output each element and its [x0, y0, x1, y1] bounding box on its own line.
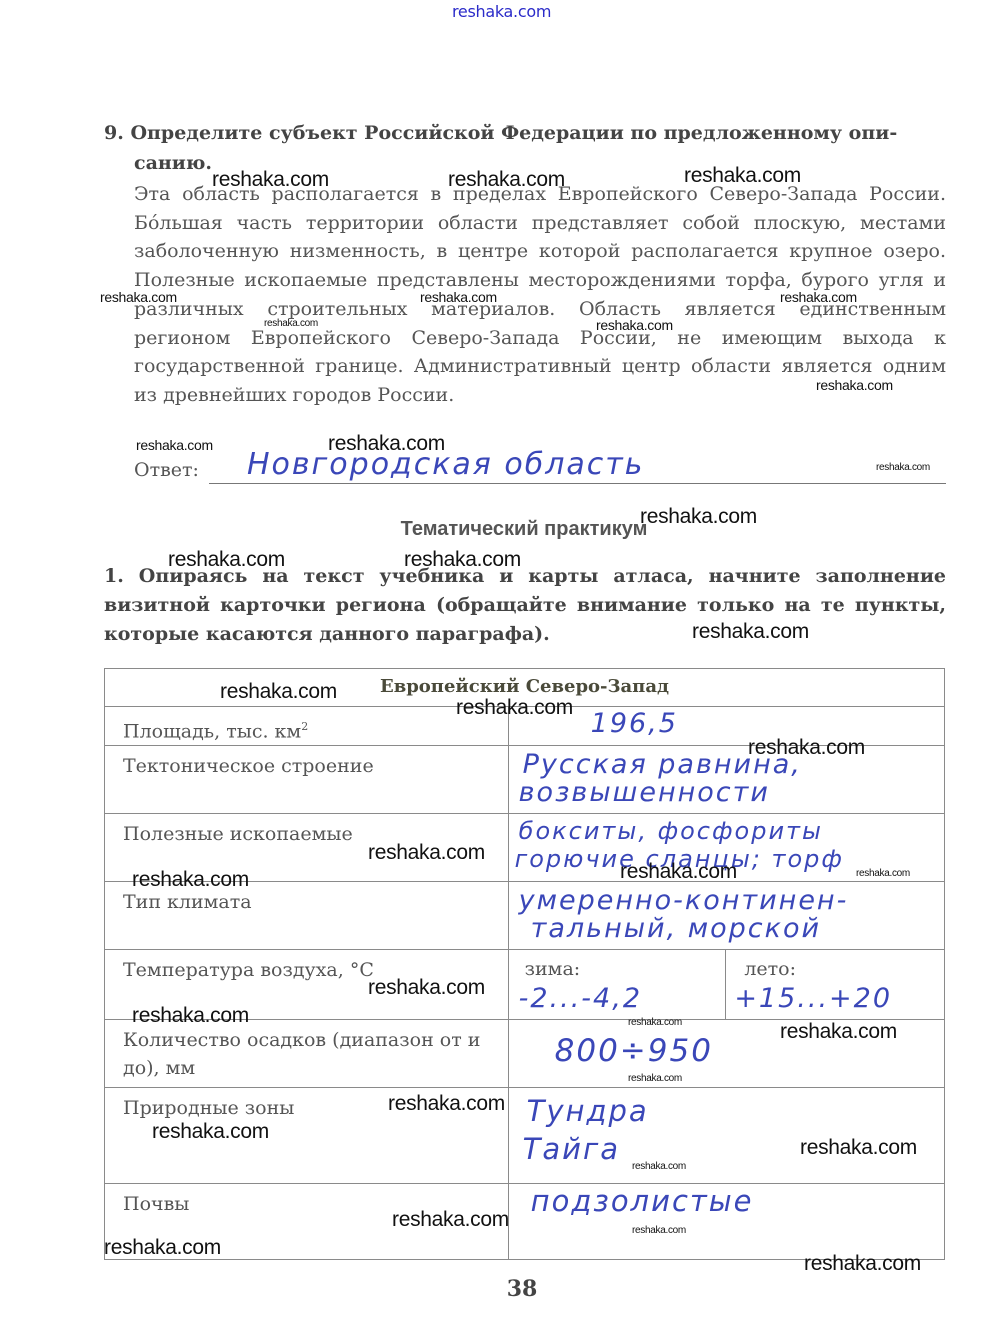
- handwritten-value: Тайга: [523, 1134, 620, 1164]
- watermark: reshaka.com: [328, 432, 445, 456]
- watermark: reshaka.com: [456, 696, 573, 720]
- question-1: 1. Опираясь на текст учебника и карты ат…: [104, 562, 946, 649]
- watermark: reshaka.com: [132, 868, 249, 892]
- watermark: reshaka.com: [684, 164, 801, 188]
- handwritten-value: +15...+20: [734, 984, 892, 1014]
- row-label-climate: Тип климата: [105, 882, 509, 950]
- handwritten-value: подзолистые: [531, 1186, 754, 1216]
- answer-label: Ответ:: [134, 456, 199, 484]
- watermark: reshaka.com: [392, 1208, 509, 1232]
- watermark: reshaka.com: [264, 318, 318, 329]
- watermark: reshaka.com: [856, 868, 910, 879]
- watermark: reshaka.com: [876, 462, 930, 473]
- row-value-summer[interactable]: лето: +15...+20: [726, 950, 945, 1020]
- row-label-precipitation: Количество осадков (диапазон от и до), м…: [105, 1020, 509, 1088]
- watermark-top: reshaka.com: [452, 2, 551, 21]
- watermark: reshaka.com: [388, 1092, 505, 1116]
- question-9: 9. Определите субъект Российской Федерац…: [104, 118, 946, 410]
- handwritten-value: возвышенности: [519, 778, 770, 808]
- watermark: reshaka.com: [780, 289, 857, 305]
- row-value-climate[interactable]: умеренно-континен- тальный, морской: [508, 882, 944, 950]
- watermark: reshaka.com: [596, 317, 673, 333]
- watermark: reshaka.com: [640, 505, 757, 529]
- row-label-tectonics: Тектоническое строение: [105, 746, 509, 814]
- handwritten-value: 196,5: [591, 709, 678, 739]
- watermark: reshaka.com: [628, 1017, 682, 1028]
- handwritten-value: -2...-4,2: [519, 984, 642, 1014]
- watermark: reshaka.com: [420, 289, 497, 305]
- watermark: reshaka.com: [780, 1020, 897, 1044]
- watermark: reshaka.com: [804, 1252, 921, 1276]
- handwritten-value: бокситы, фосфориты: [519, 816, 823, 846]
- watermark: reshaka.com: [692, 620, 809, 644]
- row-label-area: Площадь, тыс. км2: [105, 707, 509, 746]
- watermark: reshaka.com: [632, 1225, 686, 1236]
- watermark: reshaka.com: [104, 1236, 221, 1260]
- summer-label: лето:: [744, 958, 796, 980]
- page-number: 38: [0, 1276, 1000, 1302]
- watermark: reshaka.com: [152, 1120, 269, 1144]
- row-value-area[interactable]: 196,5: [508, 707, 944, 746]
- answer-field[interactable]: Новгородская область: [209, 449, 946, 484]
- watermark: reshaka.com: [448, 168, 565, 192]
- watermark: reshaka.com: [136, 437, 213, 453]
- section-title: Тематический практикум: [0, 518, 1000, 541]
- handwritten-value: Тундра: [527, 1096, 649, 1126]
- watermark: reshaka.com: [404, 548, 521, 572]
- watermark: reshaka.com: [748, 736, 865, 760]
- watermark: reshaka.com: [628, 1073, 682, 1084]
- handwritten-value: 800÷950: [555, 1036, 713, 1066]
- watermark: reshaka.com: [620, 860, 737, 884]
- answer-handwritten: Новгородская область: [247, 447, 645, 482]
- watermark: reshaka.com: [632, 1161, 686, 1172]
- watermark: reshaka.com: [368, 976, 485, 1000]
- row-value-soils[interactable]: подзолистые: [508, 1184, 944, 1260]
- watermark: reshaka.com: [368, 841, 485, 865]
- watermark: reshaka.com: [212, 168, 329, 192]
- watermark: reshaka.com: [816, 377, 893, 393]
- row-value-tectonics[interactable]: Русская равнина, возвышенности: [508, 746, 944, 814]
- row-value-winter[interactable]: зима: -2...-4,2: [508, 950, 726, 1020]
- table-row: Почвы подзолистые: [105, 1184, 945, 1260]
- watermark: reshaka.com: [100, 289, 177, 305]
- watermark: reshaka.com: [168, 548, 285, 572]
- handwritten-value: умеренно-континен-: [519, 886, 849, 916]
- question-9-heading-line1: 9. Определите субъект Российской Федерац…: [104, 122, 897, 144]
- handwritten-value: тальный, морской: [531, 914, 821, 944]
- watermark: reshaka.com: [132, 1004, 249, 1028]
- watermark: reshaka.com: [800, 1136, 917, 1160]
- answer-row: Ответ: Новгородская область: [134, 448, 946, 484]
- table-row: Тип климата умеренно-континен- тальный, …: [105, 882, 945, 950]
- watermark: reshaka.com: [220, 680, 337, 704]
- winter-label: зима:: [525, 958, 581, 980]
- question-1-heading: 1. Опираясь на текст учебника и карты ат…: [104, 562, 946, 649]
